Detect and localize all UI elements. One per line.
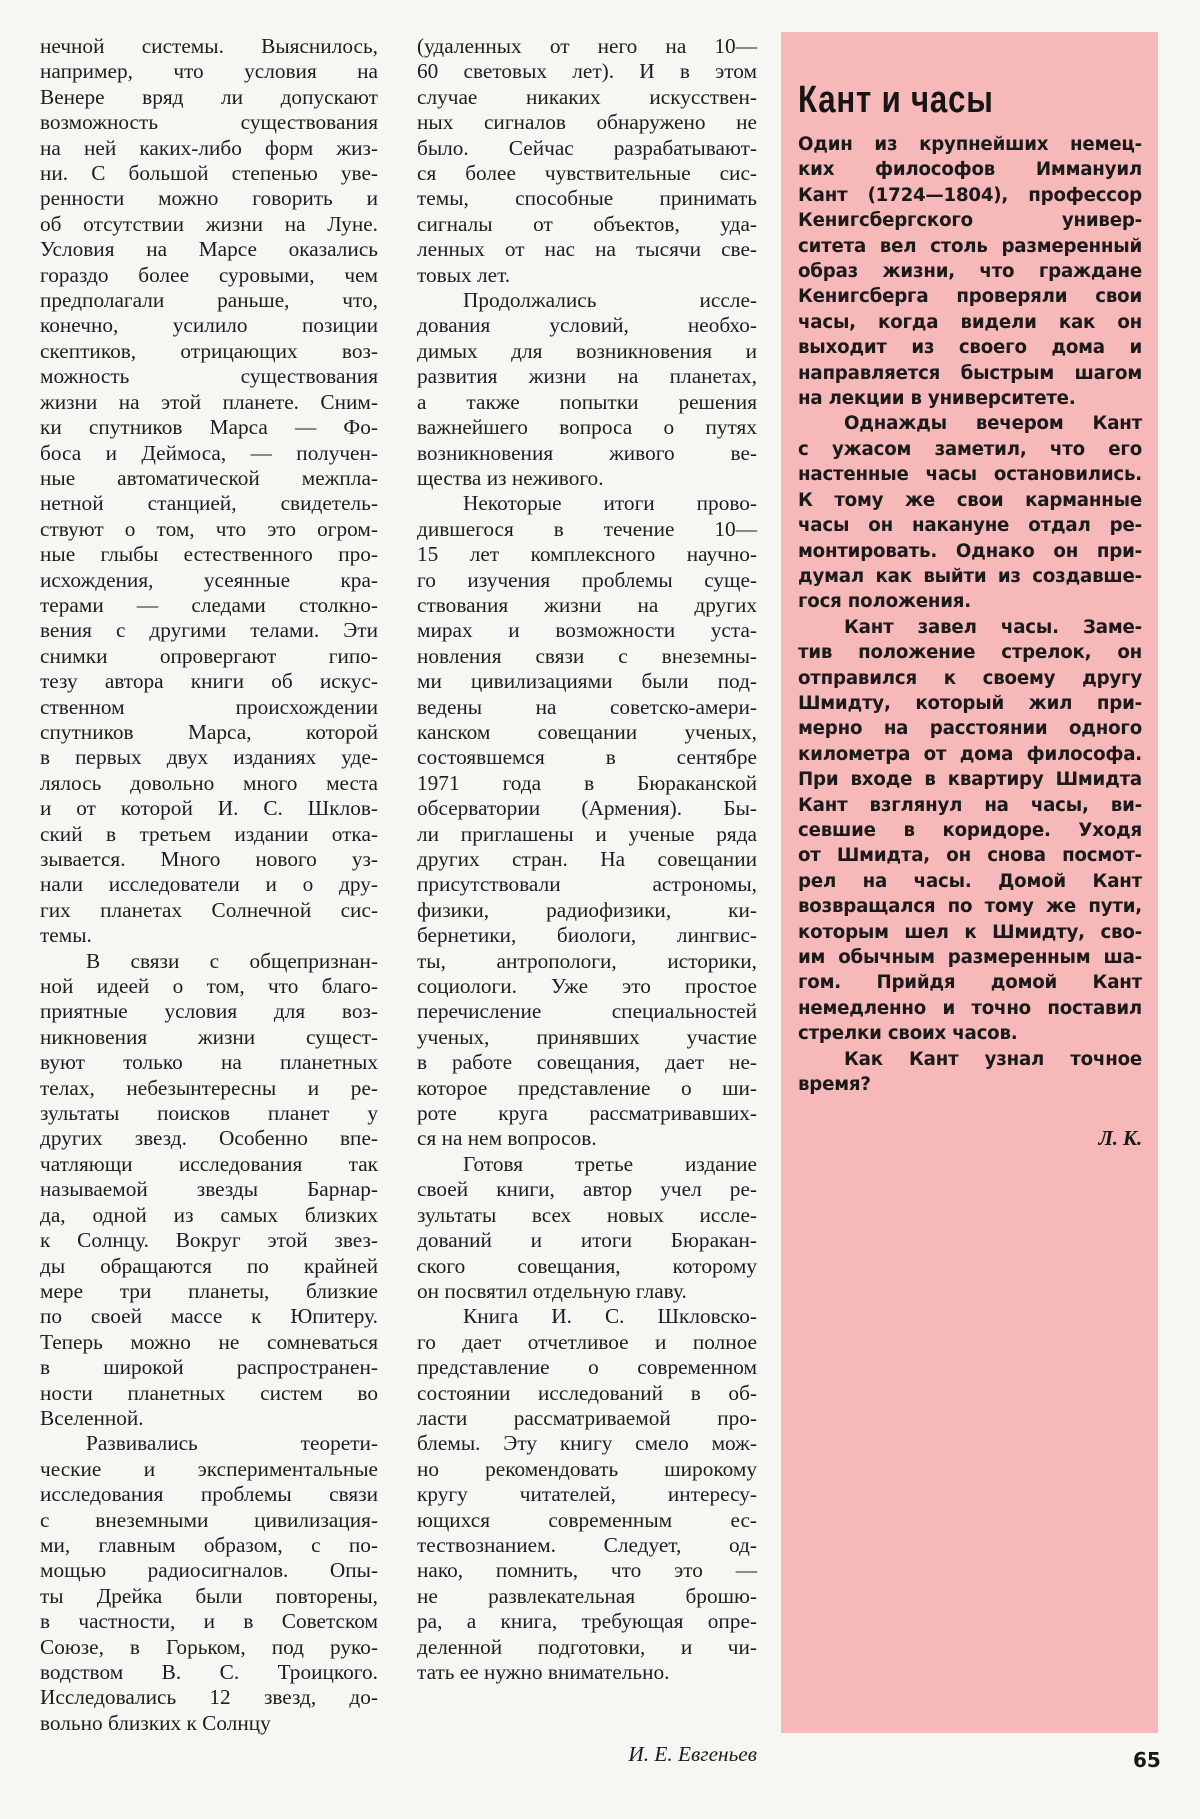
text-line: немедленно и точно поставил [798, 996, 1142, 1021]
text-line: стрелки своих часов. [798, 1021, 1142, 1046]
text-line: зультаты всех новых иссле- [417, 1203, 757, 1228]
text-line: тезу автора книги об искус- [40, 669, 378, 694]
paragraph: Готовя третье изданиесвоей книги, автор … [417, 1152, 757, 1304]
text-line: можность существования [40, 364, 378, 389]
text-line: ли приглашены и ученые ряда [417, 822, 757, 847]
text-line: возвращался по тому же пути, [798, 894, 1142, 919]
text-line: Условия на Марсе оказались [40, 237, 378, 262]
text-line: нали исследователи и о дру- [40, 872, 378, 897]
text-line: Шмидту, который жил при- [798, 691, 1142, 716]
text-line: настенные часы остановились. [798, 462, 1142, 487]
paragraph: Один из крупнейших немец-ких философов И… [798, 132, 1142, 411]
text-line: блемы. Эту книгу смело мож- [417, 1431, 757, 1456]
paragraph: (удаленных от него на 10—60 световых лет… [417, 34, 757, 288]
text-line: го дает отчетливое и полное [417, 1330, 757, 1355]
text-line: направляется быстрым шагом [798, 361, 1142, 386]
paragraph: Продолжались иссле-дования условий, необ… [417, 288, 757, 491]
text-line: ни. С большой степенью уве- [40, 161, 378, 186]
text-line: ной идеей о том, что благо- [40, 974, 378, 999]
text-line: ский в третьем издании отка- [40, 822, 378, 847]
text-line: об отсутствии жизни на Луне. [40, 212, 378, 237]
text-line: конечно, усилило позиции [40, 313, 378, 338]
text-line: роте круга рассматривавших- [417, 1101, 757, 1126]
text-line: ленных от нас на тысячи све- [417, 237, 757, 262]
text-line: перечисление специальностей [417, 999, 757, 1024]
text-line: водством В. С. Троицкого. [40, 1660, 378, 1685]
sidebar-box-kant-and-clocks: Кант и часы Один из крупнейших немец-ких… [781, 32, 1158, 1733]
text-line: которым шел к Шмидту, сво- [798, 920, 1142, 945]
text-line: ющихся современным ес- [417, 1508, 757, 1533]
text-line: которое представление о ши- [417, 1076, 757, 1101]
text-line: ситета вел столь размеренный [798, 234, 1142, 259]
text-line: гося положения. [798, 589, 1142, 614]
text-line: терами — следами столкно- [40, 593, 378, 618]
text-line: ких философов Иммануил [798, 157, 1142, 182]
text-line: называемой звезды Барнар- [40, 1177, 378, 1202]
text-line: гом. Прийдя домой Кант [798, 970, 1142, 995]
text-line: обсерватории (Армения). Бы- [417, 796, 757, 821]
text-line: бернетики, биологи, лингвис- [417, 923, 757, 948]
text-line: тать ее нужно внимательно. [417, 1660, 757, 1685]
paragraph: Однажды вечером Кантс ужасом заметил, чт… [798, 411, 1142, 614]
text-line: время? [798, 1072, 1142, 1097]
text-line: он посвятил отдельную главу. [417, 1279, 757, 1304]
text-line: Книга И. С. Шкловско- [417, 1304, 757, 1329]
text-line: ческие и экспериментальные [40, 1457, 378, 1482]
text-line: 1971 года в Бюраканской [417, 771, 757, 796]
text-line: Как Кант узнал точное [798, 1047, 1142, 1072]
text-line: никновения жизни сущест- [40, 1025, 378, 1050]
text-line: нетной станцией, свидетель- [40, 491, 378, 516]
text-line: Кенигсбергского универ- [798, 208, 1142, 233]
text-line: Кант взглянул на часы, ви- [798, 793, 1142, 818]
text-line: дований и итоги Бюракан- [417, 1228, 757, 1253]
text-line: возникновения живого ве- [417, 441, 757, 466]
paragraph: Некоторые итоги прово-дившегося в течени… [417, 491, 757, 1152]
text-line: ми цивилизациями были под- [417, 669, 757, 694]
text-line: в работе совещания, дает не- [417, 1050, 757, 1075]
text-line: к Солнцу. Вокруг этой звез- [40, 1228, 378, 1253]
text-line: вуют только на планетных [40, 1050, 378, 1075]
text-line: тествознанием. Следует, од- [417, 1533, 757, 1558]
text-line: Венере вряд ли допускают [40, 85, 378, 110]
text-line: предполагали раньше, что, [40, 288, 378, 313]
text-line: 60 световых лет). И в этом [417, 59, 757, 84]
text-line: отправился к своему другу [798, 666, 1142, 691]
text-line: ствуют о том, что это огром- [40, 517, 378, 542]
text-line: тив положение стрелок, он [798, 640, 1142, 665]
text-line: а также попытки решения [417, 390, 757, 415]
paragraph: В связи с общепризнан-ной идеей о том, ч… [40, 949, 378, 1432]
text-line: дования условий, необхо- [417, 313, 757, 338]
text-line: ведены на советско-амери- [417, 695, 757, 720]
left-column: нечной системы. Выяснилось,например, что… [40, 34, 378, 1736]
text-line: часы, когда видели как он [798, 310, 1142, 335]
sidebar-body: Один из крупнейших немец-ких философов И… [798, 132, 1142, 1097]
text-line: Союзе, в Горьком, под руко- [40, 1635, 378, 1660]
text-line: Вселенной. [40, 1406, 378, 1431]
text-line: жизни на этой планете. Сним- [40, 390, 378, 415]
text-line: димых для возникновения и [417, 339, 757, 364]
text-line: ра, а книга, требующая опре- [417, 1609, 757, 1634]
middle-column: (удаленных от него на 10—60 световых лет… [417, 34, 757, 1685]
text-line: кругу читателей, интересу- [417, 1482, 757, 1507]
text-line: ственном происхождении [40, 695, 378, 720]
text-line: на ней каких-либо форм жиз- [40, 136, 378, 161]
text-line: представление о современном [417, 1355, 757, 1380]
text-line: ского совещания, которому [417, 1254, 757, 1279]
text-line: (удаленных от него на 10— [417, 34, 757, 59]
text-line: гих планетах Солнечной сис- [40, 898, 378, 923]
text-line: было. Сейчас разрабатывают- [417, 136, 757, 161]
text-line: спутников Марса, которой [40, 720, 378, 745]
text-line: выходит из своего дома и [798, 335, 1142, 360]
paragraph: Как Кант узнал точноевремя? [798, 1047, 1142, 1098]
text-line: состоявшемся в сентябре [417, 745, 757, 770]
text-line: случае никаких искусствен- [417, 85, 757, 110]
text-line: щества из неживого. [417, 466, 757, 491]
text-line: Кант (1724—1804), профессор [798, 183, 1142, 208]
text-line: Готовя третье издание [417, 1152, 757, 1177]
text-line: гораздо более суровыми, чем [40, 263, 378, 288]
text-line: нако, помнить, что это — [417, 1558, 757, 1583]
text-line: других стран. На совещании [417, 847, 757, 872]
text-line: вольно близких к Солнцу [40, 1711, 378, 1736]
text-line: например, что условия на [40, 59, 378, 84]
text-line: и от которой И. С. Шклов- [40, 796, 378, 821]
text-line: от Шмидта, он снова посмот- [798, 843, 1142, 868]
text-line: мирах и возможности уста- [417, 618, 757, 643]
text-line: состоянии исследований в об- [417, 1381, 757, 1406]
text-line: по своей массе к Юпитеру. [40, 1304, 378, 1329]
text-line: километра от дома философа. [798, 742, 1142, 767]
text-line: мере три планеты, близкие [40, 1279, 378, 1304]
text-line: чатляющи исследования так [40, 1152, 378, 1177]
text-line: лялось довольно много места [40, 771, 378, 796]
text-line: мерно на расстоянии одного [798, 716, 1142, 741]
paragraph: Кант завел часы. Заме-тив положение стре… [798, 615, 1142, 1047]
text-line: ученых, принявших участие [417, 1025, 757, 1050]
text-line: го изучения проблемы суще- [417, 568, 757, 593]
page-number: 65 [1133, 1748, 1161, 1772]
text-line: ты, антропологи, историки, [417, 949, 757, 974]
text-line: ренности можно говорить и [40, 186, 378, 211]
paragraph: нечной системы. Выяснилось,например, что… [40, 34, 378, 949]
text-line: других звезд. Особенно впе- [40, 1126, 378, 1151]
sidebar-content: Кант и часы Один из крупнейших немец-ких… [798, 78, 1142, 1152]
text-line: важнейшего вопроса о путях [417, 415, 757, 440]
text-line: Один из крупнейших немец- [798, 132, 1142, 157]
text-line: зывается. Много нового уз- [40, 847, 378, 872]
text-line: ные автоматической межпла- [40, 466, 378, 491]
text-line: ки спутников Марса — Фо- [40, 415, 378, 440]
text-line: В связи с общепризнан- [40, 949, 378, 974]
text-line: социологи. Уже это простое [417, 974, 757, 999]
text-line: деленной подготовки, и чи- [417, 1635, 757, 1660]
text-line: ных сигналов обнаружено не [417, 110, 757, 135]
text-line: При входе в квартиру Шмидта [798, 767, 1142, 792]
text-line: снимки опровергают гипо- [40, 644, 378, 669]
text-line: приятные условия для воз- [40, 999, 378, 1024]
text-line: присутствовали астрономы, [417, 872, 757, 897]
text-line: в частности, и в Советском [40, 1609, 378, 1634]
text-line: Некоторые итоги прово- [417, 491, 757, 516]
text-line: но рекомендовать широкому [417, 1457, 757, 1482]
text-line: ствования жизни на других [417, 593, 757, 618]
text-line: ми, главным образом, с по- [40, 1533, 378, 1558]
text-line: ты Дрейка были повторены, [40, 1584, 378, 1609]
text-line: нечной системы. Выяснилось, [40, 34, 378, 59]
text-line: физики, радиофизики, ки- [417, 898, 757, 923]
text-line: часы он накануне отдал ре- [798, 513, 1142, 538]
text-line: исследования проблемы связи [40, 1482, 378, 1507]
review-signature: И. Е. Евгеньев [417, 1742, 757, 1767]
text-line: ласти рассматриваемой про- [417, 1406, 757, 1431]
text-line: своей книги, автор учел ре- [417, 1177, 757, 1202]
text-line: монтировать. Однако он при- [798, 539, 1142, 564]
text-line: новления связи с внеземны- [417, 644, 757, 669]
text-line: развития жизни на планетах, [417, 364, 757, 389]
text-line: рел на часы. Домой Кант [798, 869, 1142, 894]
text-line: образ жизни, что граждане [798, 259, 1142, 284]
text-line: им обычным размеренным ша- [798, 945, 1142, 970]
text-line: да, одной из самых близких [40, 1203, 378, 1228]
paragraph: Книга И. С. Шкловско-го дает отчетливое … [417, 1304, 757, 1685]
text-line: ные глыбы естественного про- [40, 542, 378, 567]
text-line: телах, небезынтересны и ре- [40, 1076, 378, 1101]
sidebar-title: Кант и часы [798, 78, 1080, 122]
text-line: севшие в коридоре. Уходя [798, 818, 1142, 843]
text-line: мощью радиосигналов. Опы- [40, 1558, 378, 1583]
text-line: думал как выйти из создавше- [798, 564, 1142, 589]
text-line: с внеземными цивилизация- [40, 1508, 378, 1533]
text-line: дившегося в течение 10— [417, 517, 757, 542]
text-line: Кенигсберга проверяли свои [798, 284, 1142, 309]
text-line: темы. [40, 923, 378, 948]
text-line: Развивались теорети- [40, 1431, 378, 1456]
text-line: Кант завел часы. Заме- [798, 615, 1142, 640]
text-line: ся более чувствительные сис- [417, 161, 757, 186]
text-line: канском совещании ученых, [417, 720, 757, 745]
text-line: К тому же свои карманные [798, 488, 1142, 513]
text-line: Теперь можно не сомневаться [40, 1330, 378, 1355]
text-line: товых лет. [417, 263, 757, 288]
text-line: возможность существования [40, 110, 378, 135]
text-line: Однажды вечером Кант [798, 411, 1142, 436]
text-line: в первых двух изданиях уде- [40, 745, 378, 770]
text-line: ды обращаются по крайней [40, 1254, 378, 1279]
text-line: ся на нем вопросов. [417, 1126, 757, 1151]
text-line: 15 лет комплексного научно- [417, 542, 757, 567]
text-line: Исследовались 12 звезд, до- [40, 1685, 378, 1710]
text-line: с ужасом заметил, что его [798, 437, 1142, 462]
text-line: темы, способные принимать [417, 186, 757, 211]
text-line: не развлекательная брошю- [417, 1584, 757, 1609]
paragraph: Развивались теорети-ческие и эксперимент… [40, 1431, 378, 1736]
text-line: вения с другими телами. Эти [40, 618, 378, 643]
text-line: скептиков, отрицающих воз- [40, 339, 378, 364]
sidebar-signature: Л. К. [798, 1126, 1142, 1151]
text-line: Продолжались иссле- [417, 288, 757, 313]
text-line: ности планетных систем во [40, 1381, 378, 1406]
text-line: боса и Деймоса, — получен- [40, 441, 378, 466]
text-line: в широкой распространен- [40, 1355, 378, 1380]
text-line: сигналы от объектов, уда- [417, 212, 757, 237]
text-line: зультаты поисков планет у [40, 1101, 378, 1126]
text-line: на лекции в университете. [798, 386, 1142, 411]
text-line: исхождения, усеянные кра- [40, 568, 378, 593]
